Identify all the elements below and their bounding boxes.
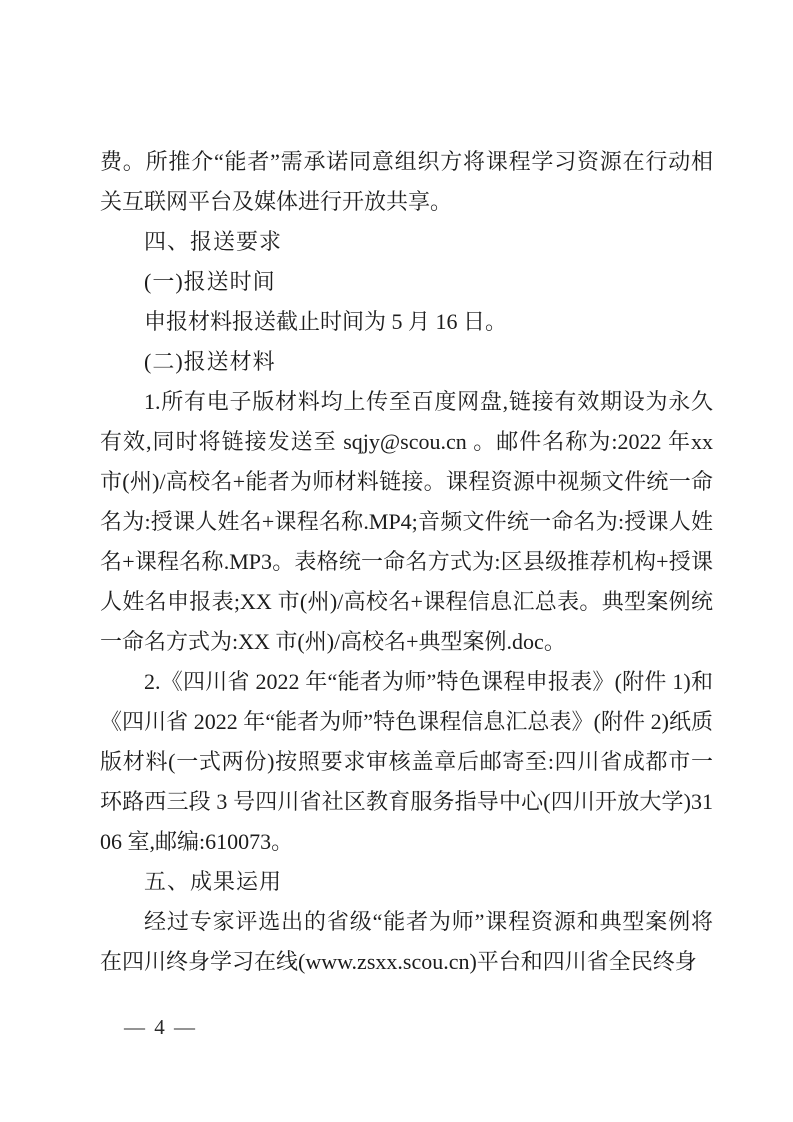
sub-heading-submission-time: (一)报送时间 <box>100 262 713 302</box>
document-page: 费。所推介“能者”需承诺同意组织方将课程学习资源在行动相关互联网平台及媒体进行开… <box>0 0 793 1122</box>
page-number: — 4 — <box>124 1015 197 1039</box>
document-body: 费。所推介“能者”需承诺同意组织方将课程学习资源在行动相关互联网平台及媒体进行开… <box>100 142 713 982</box>
paragraph-results-application: 经过专家评选出的省级“能者为师”课程资源和典型案例将在四川终身学习在线(www.… <box>100 902 713 982</box>
paragraph-paper-materials: 2.《四川省 2022 年“能者为师”特色课程申报表》(附件 1)和 《四川省 … <box>100 662 713 862</box>
section-heading-results-application: 五、成果运用 <box>100 862 713 902</box>
paragraph-deadline: 申报材料报送截止时间为 5 月 16 日。 <box>100 302 713 342</box>
paragraph-continued-from-previous-page: 费。所推介“能者”需承诺同意组织方将课程学习资源在行动相关互联网平台及媒体进行开… <box>100 142 713 222</box>
section-heading-submission-requirements: 四、报送要求 <box>100 222 713 262</box>
sub-heading-submission-materials: (二)报送材料 <box>100 342 713 382</box>
page-footer: — 4 — <box>124 1007 197 1047</box>
paragraph-electronic-materials: 1.所有电子版材料均上传至百度网盘,链接有效期设为永久有效,同时将链接发送至 s… <box>100 382 713 662</box>
